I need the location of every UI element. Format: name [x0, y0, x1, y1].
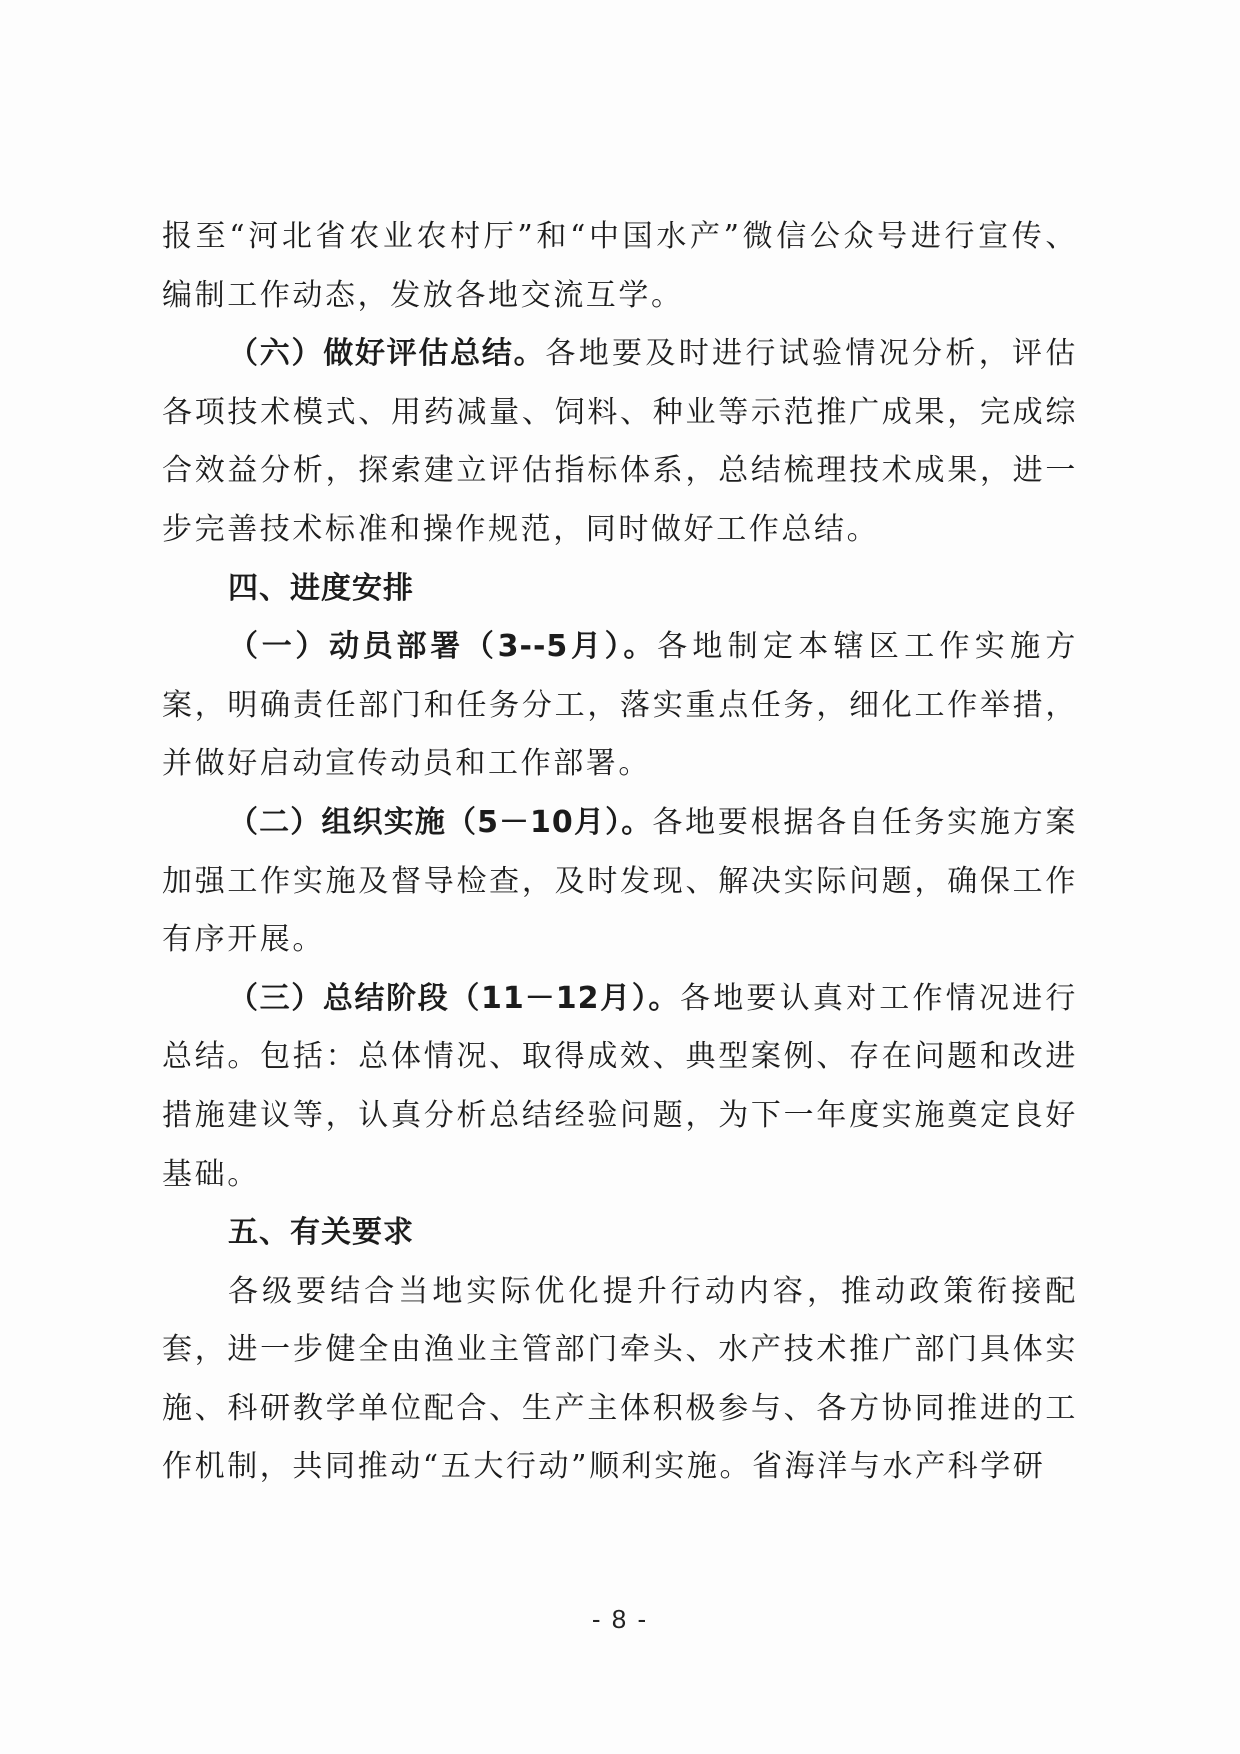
item-title: （一）动员部署（3--5月）。 [228, 629, 657, 664]
paragraph-requirements-body: 各级要结合当地实际优化提升行动内容，推动政策衔接配套，进一步健全由渔业主管部门牵… [162, 1263, 1078, 1497]
paragraph-text: 报至“河北省农业农村厅”和“中国水产”微信公众号进行宣传、编制工作动态，发放各地… [162, 219, 1078, 313]
paragraph-text: 各级要结合当地实际优化提升行动内容，推动政策衔接配套，进一步健全由渔业主管部门牵… [162, 1274, 1078, 1485]
paragraph-implementation: （二）组织实施（5－10月）。各地要根据各自任务实施方案加强工作实施及督导检查，… [162, 794, 1078, 970]
document-page: 报至“河北省农业农村厅”和“中国水产”微信公众号进行宣传、编制工作动态，发放各地… [0, 0, 1240, 1754]
paragraph-evaluation-summary: （六）做好评估总结。各地要及时进行试验情况分析，评估各项技术模式、用药减量、饲料… [162, 325, 1078, 559]
section-heading-schedule: 四、进度安排 [162, 560, 1078, 619]
paragraph-mobilization: （一）动员部署（3--5月）。各地制定本辖区工作实施方案，明确责任部门和任务分工… [162, 618, 1078, 794]
item-title: （六）做好评估总结。 [228, 336, 545, 371]
section-heading-requirements: 五、有关要求 [162, 1204, 1078, 1263]
item-title: （三）总结阶段（11－12月）。 [228, 981, 680, 1016]
paragraph-summary-stage: （三）总结阶段（11－12月）。各地要认真对工作情况进行总结。包括：总体情况、取… [162, 970, 1078, 1204]
paragraph-continuation: 报至“河北省农业农村厅”和“中国水产”微信公众号进行宣传、编制工作动态，发放各地… [162, 208, 1078, 325]
item-title: （二）组织实施（5－10月）。 [228, 805, 652, 840]
document-body: 报至“河北省农业农村厅”和“中国水产”微信公众号进行宣传、编制工作动态，发放各地… [162, 208, 1078, 1497]
page-number: - 8 - [0, 1604, 1240, 1635]
